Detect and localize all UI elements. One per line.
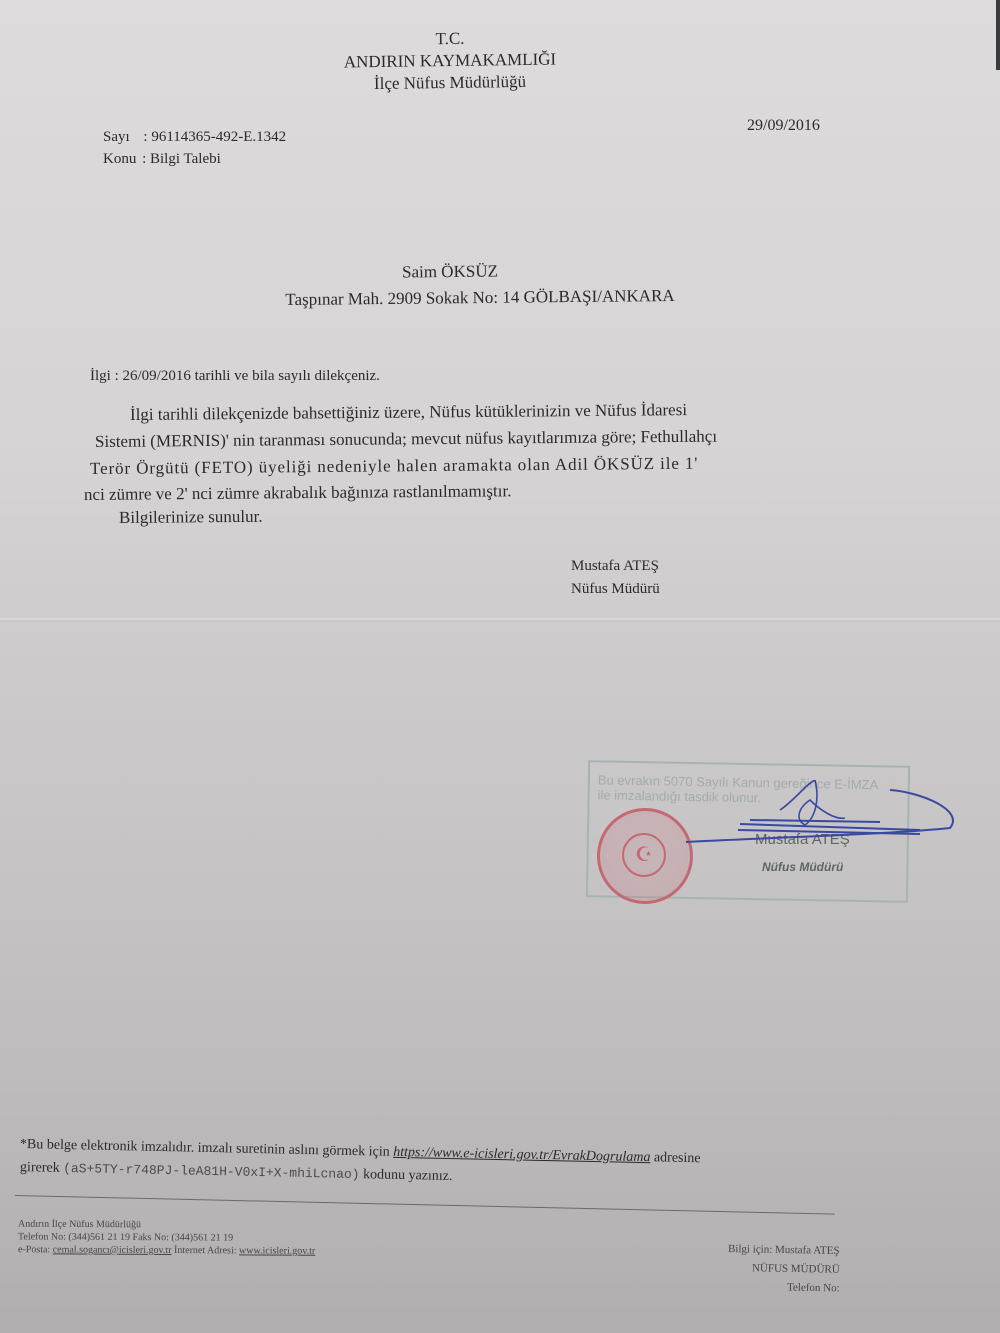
body-line: Bilgilerinize sunulur.	[119, 507, 263, 528]
reference-line: İlgi : 26/09/2016 tarihli ve bila sayılı…	[90, 368, 380, 385]
email-label: e-Posta:	[18, 1244, 53, 1255]
signatory-name: Mustafa ATEŞ	[571, 558, 659, 575]
stamp-signatory-title: Nüfus Müdürü	[762, 860, 843, 874]
konu-row: Konu : Bilgi Talebi	[103, 151, 221, 168]
email-link[interactable]: cemal.sogancı@icisleri.gov.tr	[53, 1244, 172, 1256]
sayi-label: Sayı	[103, 129, 130, 145]
note-text: girerek	[20, 1160, 63, 1176]
document-date: 29/09/2016	[747, 117, 820, 135]
website-label: İnternet Adresi:	[172, 1245, 240, 1256]
handwritten-signature-icon	[620, 780, 960, 860]
footer-office: Andırın İlçe Nüfus Müdürlüğü	[18, 1218, 141, 1232]
footer-info-phone: Telefon No:	[787, 1281, 840, 1297]
footer-info-title: NÜFUS MÜDÜRÜ	[752, 1261, 840, 1278]
konu-value: : Bilgi Talebi	[142, 151, 221, 167]
sayi-row: Sayı : 96114365-492-E.1342	[103, 129, 286, 146]
note-text: adresine	[650, 1150, 700, 1166]
footer-info-contact: Bilgi için: Mustafa ATEŞ	[728, 1242, 840, 1259]
konu-label: Konu	[103, 151, 136, 167]
signatory-title: Nüfus Müdürü	[571, 581, 660, 598]
document-paper	[0, 0, 1000, 1333]
paper-edge	[996, 0, 1000, 70]
website-link[interactable]: www.icisleri.gov.tr	[239, 1245, 315, 1256]
sayi-value: : 96114365-492-E.1342	[143, 129, 286, 145]
paper-fold	[0, 618, 1000, 622]
footer-contact: e-Posta: cemal.sogancı@icisleri.gov.tr İ…	[18, 1243, 315, 1258]
note-text: kodunu yazınız.	[359, 1167, 452, 1184]
body-line: nci zümre ve 2' nci zümre akrabalık bağı…	[84, 481, 512, 505]
